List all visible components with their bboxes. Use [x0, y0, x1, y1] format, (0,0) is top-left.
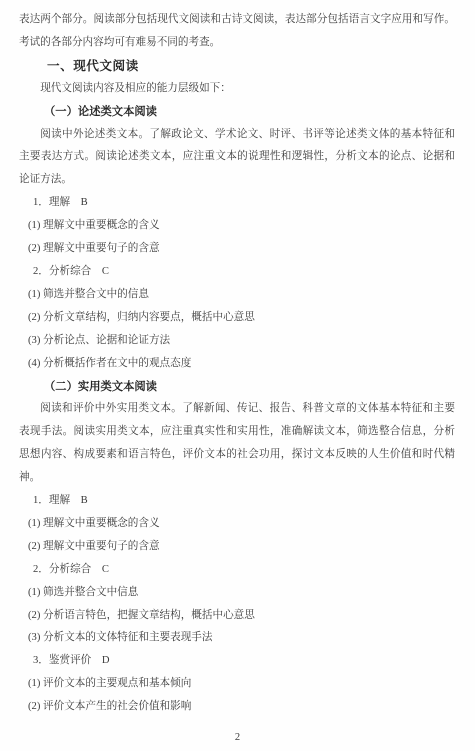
list-item-clause: (2) 理解文中重要句子的含意	[19, 238, 455, 261]
list-item-clause: (1) 理解文中重要概念的含义	[19, 215, 455, 238]
list-item-clause: (3) 分析论点、论据和论证方法	[19, 330, 455, 353]
paragraph-line: 阅读和评价中外实用类文本。了解新闻、传记、报告、科普文章的文体基本特征和主要	[19, 398, 455, 421]
list-item-level: 2．分析综合 C	[19, 261, 455, 284]
list-item-clause: (2) 理解文中重要句子的含意	[19, 536, 455, 559]
paragraph-line: 思想内容、构成要素和语言特色，评价文本的社会功用，探讨文本反映的人生价值和时代精	[19, 444, 455, 467]
list-item-clause: (2) 评价文本产生的社会价值和影响	[19, 696, 455, 719]
paragraph-line: 考试的各部分内容均可有难易不同的考查。	[19, 32, 455, 55]
list-item-clause: (1) 评价文本的主要观点和基本倾向	[19, 673, 455, 696]
paragraph-line: 论证方法。	[19, 169, 455, 192]
paragraph-line: 表现手法。阅读实用类文本，应注重真实性和实用性，准确解读文本，筛选整合信息，分析	[19, 421, 455, 444]
document-page: 表达两个部分。阅读部分包括现代文阅读和古诗文阅读，表达部分包括语言文字应用和写作…	[0, 0, 475, 751]
list-item-clause: (1) 理解文中重要概念的含义	[19, 513, 455, 536]
document-content: 表达两个部分。阅读部分包括现代文阅读和古诗文阅读，表达部分包括语言文字应用和写作…	[19, 9, 455, 719]
paragraph-line: 表达两个部分。阅读部分包括现代文阅读和古诗文阅读，表达部分包括语言文字应用和写作…	[19, 9, 455, 32]
list-item-clause: (1) 筛选并整合文中信息	[19, 582, 455, 605]
subsection-heading: （一）论述类文本阅读	[19, 101, 455, 124]
section-heading: 一、现代文阅读	[19, 55, 455, 78]
paragraph-line: 神。	[19, 467, 455, 490]
list-item-clause: (2) 分析语言特色，把握文章结构，概括中心意思	[19, 605, 455, 628]
list-item-clause: (4) 分析概括作者在文中的观点态度	[19, 353, 455, 376]
paragraph-line: 主要表达方式。阅读论述类文本，应注重文本的说理性和逻辑性，分析文本的论点、论据和	[19, 146, 455, 169]
list-item-level: 2．分析综合 C	[19, 559, 455, 582]
list-item-clause: (2) 分析文章结构，归纳内容要点，概括中心意思	[19, 307, 455, 330]
list-item-level: 3．鉴赏评价 D	[19, 650, 455, 673]
subsection-heading: （二）实用类文本阅读	[19, 376, 455, 399]
list-item-level: 1．理解 B	[19, 192, 455, 215]
list-item-clause: (1) 筛选并整合文中的信息	[19, 284, 455, 307]
paragraph-line: 现代文阅读内容及相应的能力层级如下：	[19, 78, 455, 101]
list-item-clause: (3) 分析文本的文体特征和主要表现手法	[19, 627, 455, 650]
paragraph-line: 阅读中外论述类文本。了解政论文、学术论文、时评、书评等论述类文体的基本特征和	[19, 124, 455, 147]
list-item-level: 1．理解 B	[19, 490, 455, 513]
page-number: 2	[0, 732, 475, 743]
